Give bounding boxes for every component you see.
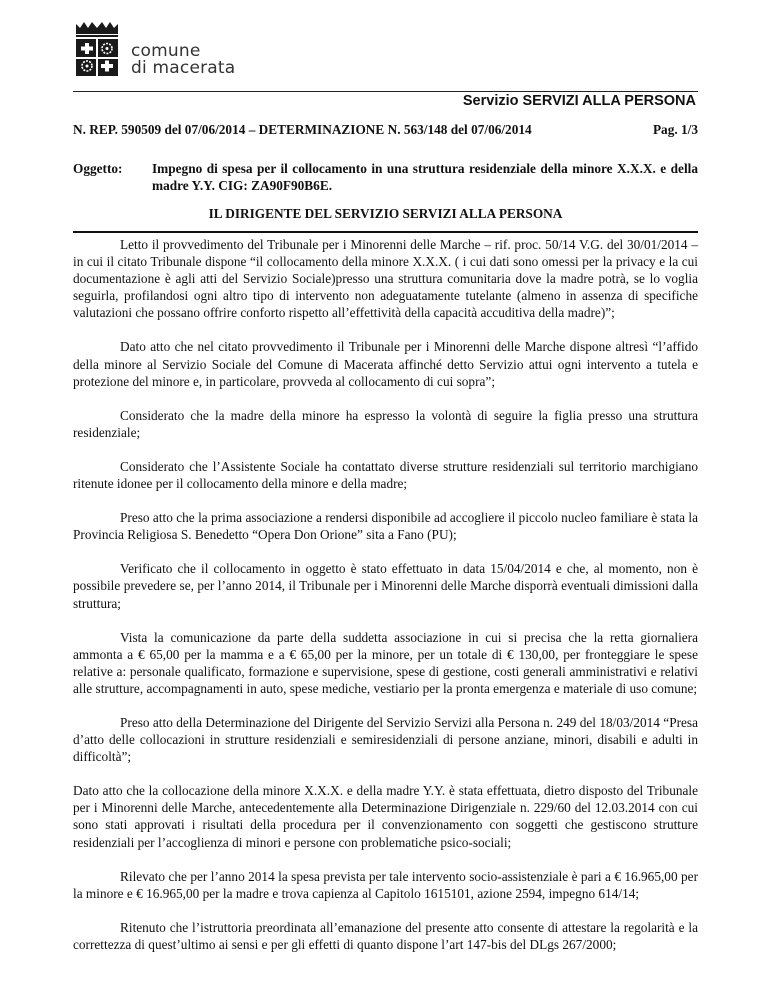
section-heading: IL DIRIGENTE DEL SERVIZIO SERVIZI ALLA P… [73, 205, 698, 222]
paragraph: Rilevato che per l’anno 2014 la spesa pr… [73, 868, 698, 902]
service-name: Servizio SERVIZI ALLA PERSONA [463, 91, 696, 111]
paragraph: Preso atto che la prima associazione a r… [73, 509, 698, 543]
paragraph: Vista la comunicazione da parte della su… [73, 629, 698, 697]
heading-divider [73, 231, 698, 233]
document-page: comune di macerata Servizio SERVIZI ALLA… [0, 0, 768, 994]
paragraph: Dato atto che nel citato provvedimento i… [73, 338, 698, 389]
document-body: Letto il provvedimento del Tribunale per… [73, 236, 698, 970]
document-reference: N. REP. 590509 del 07/06/2014 – DETERMIN… [73, 121, 698, 139]
paragraph: Letto il provvedimento del Tribunale per… [73, 236, 698, 321]
logo-line-2: di macerata [131, 60, 235, 77]
subject-label: Oggetto: [73, 160, 122, 177]
determination-number: N. REP. 590509 del 07/06/2014 – DETERMIN… [73, 122, 532, 137]
comune-name: comune di macerata [131, 43, 235, 77]
paragraph: Dato atto che la collocazione della mino… [73, 782, 698, 850]
page-number: Pag. 1/3 [653, 121, 698, 139]
comune-di-macerata-crest-icon [75, 20, 119, 78]
comune-logo: comune di macerata [73, 20, 273, 80]
paragraph: Verificato che il collocamento in oggett… [73, 560, 698, 611]
subject-text: Impegno di spesa per il collocamento in … [152, 160, 698, 194]
paragraph: Considerato che l’Assistente Sociale ha … [73, 458, 698, 492]
paragraph: Considerato che la madre della minore ha… [73, 407, 698, 441]
paragraph: Preso atto della Determinazione del Diri… [73, 714, 698, 765]
paragraph: Ritenuto che l’istruttoria preordinata a… [73, 919, 698, 953]
subject-block: Oggetto: Impegno di spesa per il colloca… [73, 160, 698, 194]
